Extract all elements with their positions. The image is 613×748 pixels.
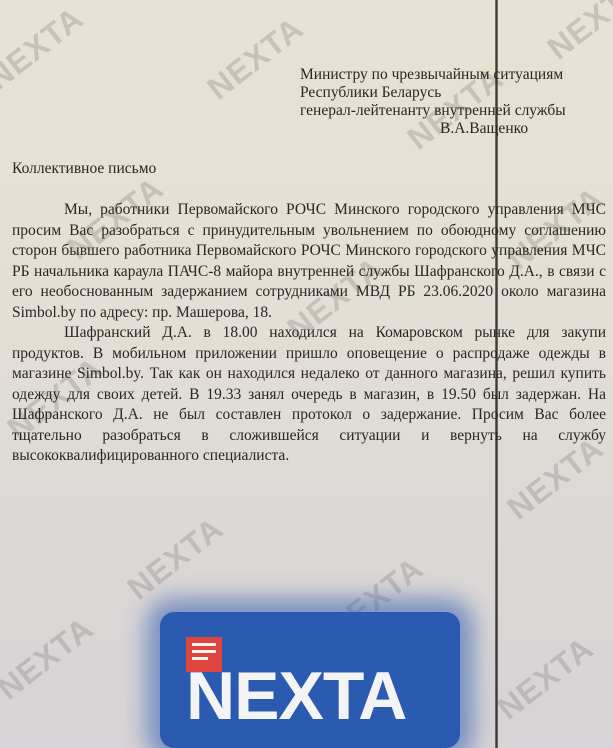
letter-body: Мы, работники Первомайского РОЧС Минског…: [12, 200, 606, 467]
addressee-name: В.А.Ващенко: [300, 120, 613, 138]
watermark: NEXTA: [0, 610, 101, 708]
addressee-block: Министру по чрезвычайным ситуациям Респу…: [300, 66, 613, 138]
nexta-logo: NEXTA: [186, 662, 406, 730]
addressee-line: генерал-лейтенанту внутренней службы: [300, 102, 613, 120]
addressee-line: Министру по чрезвычайным ситуациям: [300, 66, 613, 84]
paragraph: Мы, работники Первомайского РОЧС Минског…: [12, 200, 606, 323]
paragraph: Шафранский Д.А. в 18.00 находился на Ком…: [12, 323, 606, 467]
addressee-line: Республики Беларусь: [300, 84, 613, 102]
watermark: NEXTA: [540, 0, 613, 67]
watermark: NEXTA: [200, 10, 310, 108]
watermark: NEXTA: [120, 510, 230, 608]
watermark: NEXTA: [490, 630, 600, 728]
watermark: NEXTA: [0, 0, 91, 97]
document-title: Коллективное письмо: [12, 160, 156, 178]
